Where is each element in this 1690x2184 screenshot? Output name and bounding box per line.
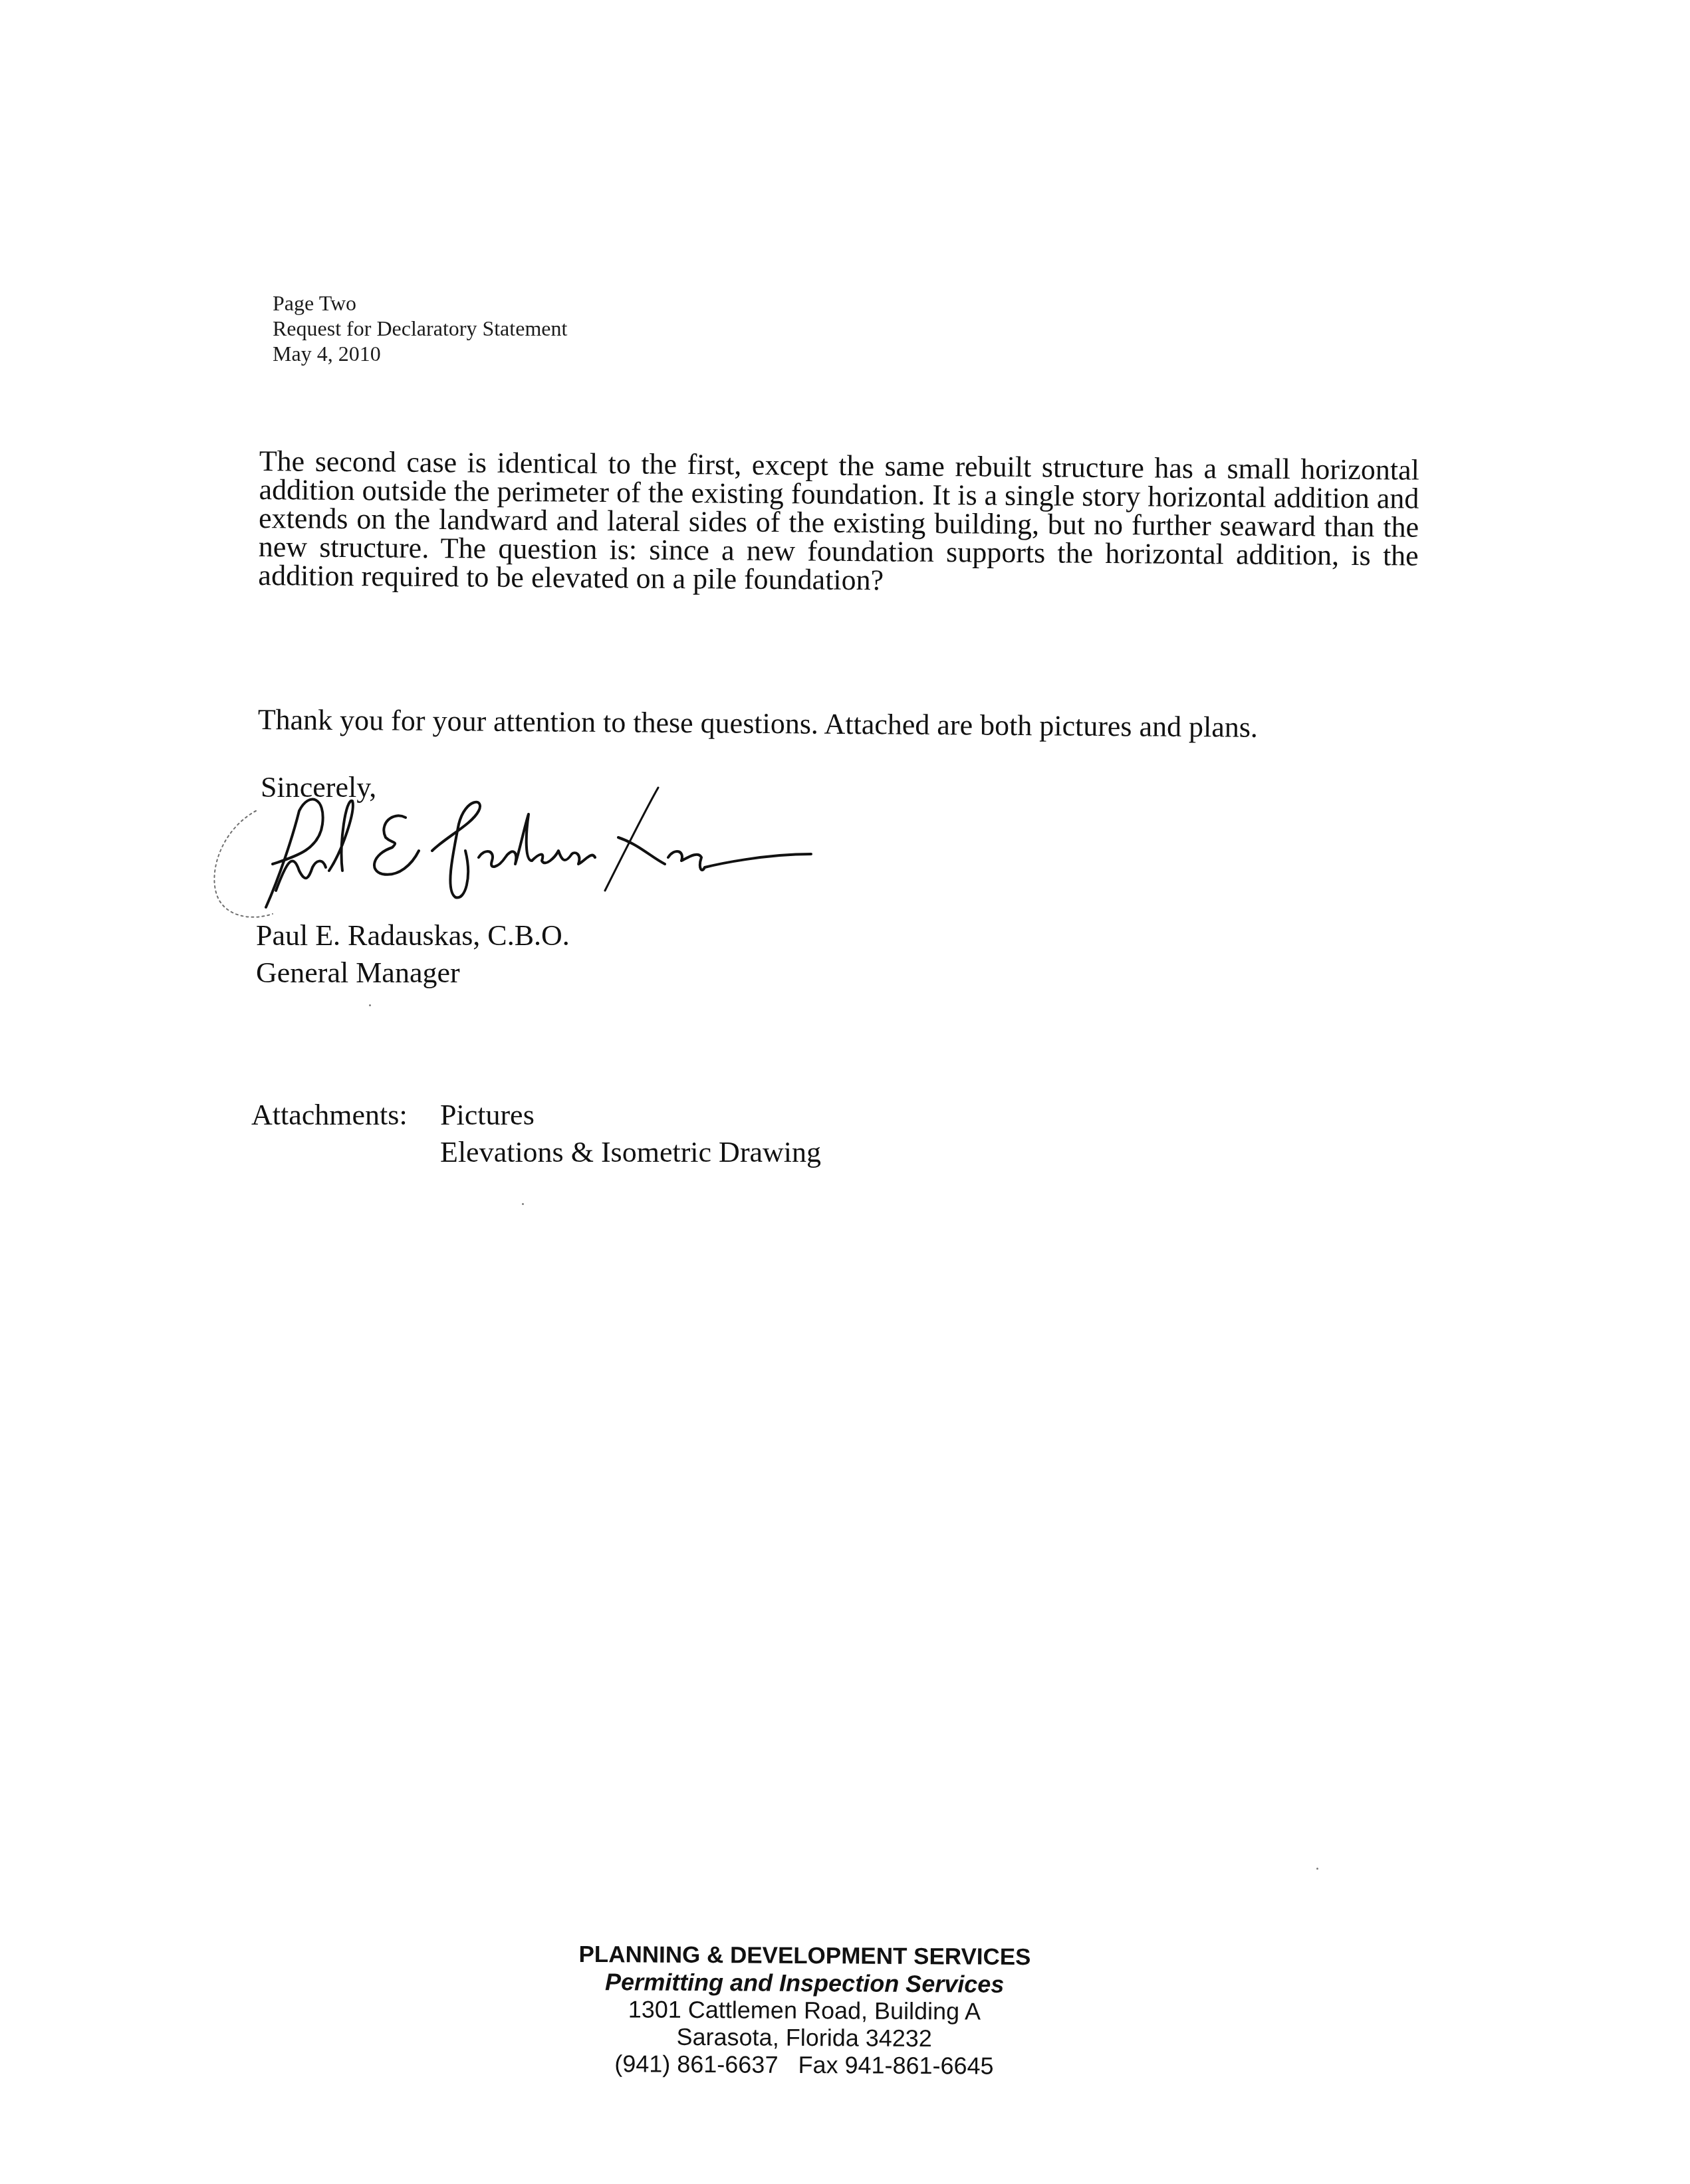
- letterhead-footer: PLANNING & DEVELOPMENT SERVICES Permitti…: [538, 1941, 1070, 2080]
- attachments-label: Attachments:: [251, 1097, 440, 1171]
- signer-title: General Manager: [256, 954, 570, 992]
- scan-speck: [1316, 1868, 1318, 1870]
- footer-address-line2: Sarasota, Florida 34232: [539, 2022, 1070, 2053]
- subject-line: Request for Declaratory Statement: [273, 316, 567, 341]
- footer-org: PLANNING & DEVELOPMENT SERVICES: [539, 1941, 1070, 1971]
- scan-speck: [369, 1004, 371, 1006]
- thanks-paragraph: Thank you for your attention to these qu…: [258, 703, 1259, 744]
- attachments-list: Pictures Elevations & Isometric Drawing: [440, 1097, 821, 1171]
- signer-name: Paul E. Radauskas, C.B.O.: [256, 917, 570, 954]
- attachment-item: Pictures: [440, 1097, 821, 1134]
- page-header: Page Two Request for Declaratory Stateme…: [273, 290, 567, 366]
- signer-block: Paul E. Radauskas, C.B.O. General Manage…: [256, 917, 570, 992]
- attachments: Attachments: Pictures Elevations & Isome…: [251, 1097, 821, 1171]
- attachment-item: Elevations & Isometric Drawing: [440, 1134, 821, 1171]
- body-paragraph: The second case is identical to the firs…: [258, 447, 1419, 599]
- scan-speck: [522, 1203, 524, 1205]
- letter-date: May 4, 2010: [273, 341, 567, 366]
- page-label: Page Two: [273, 290, 567, 316]
- signature-icon: [193, 784, 831, 924]
- footer-address-line1: 1301 Cattlemen Road, Building A: [539, 1995, 1070, 2026]
- footer-dept: Permitting and Inspection Services: [539, 1968, 1070, 1999]
- footer-contact: (941) 861-6637Fax 941-861-6645: [538, 2050, 1070, 2080]
- footer-phone: (941) 861-6637: [614, 2050, 778, 2078]
- footer-fax: Fax 941-861-6645: [798, 2051, 993, 2080]
- letter-page: Page Two Request for Declaratory Stateme…: [0, 0, 1690, 2184]
